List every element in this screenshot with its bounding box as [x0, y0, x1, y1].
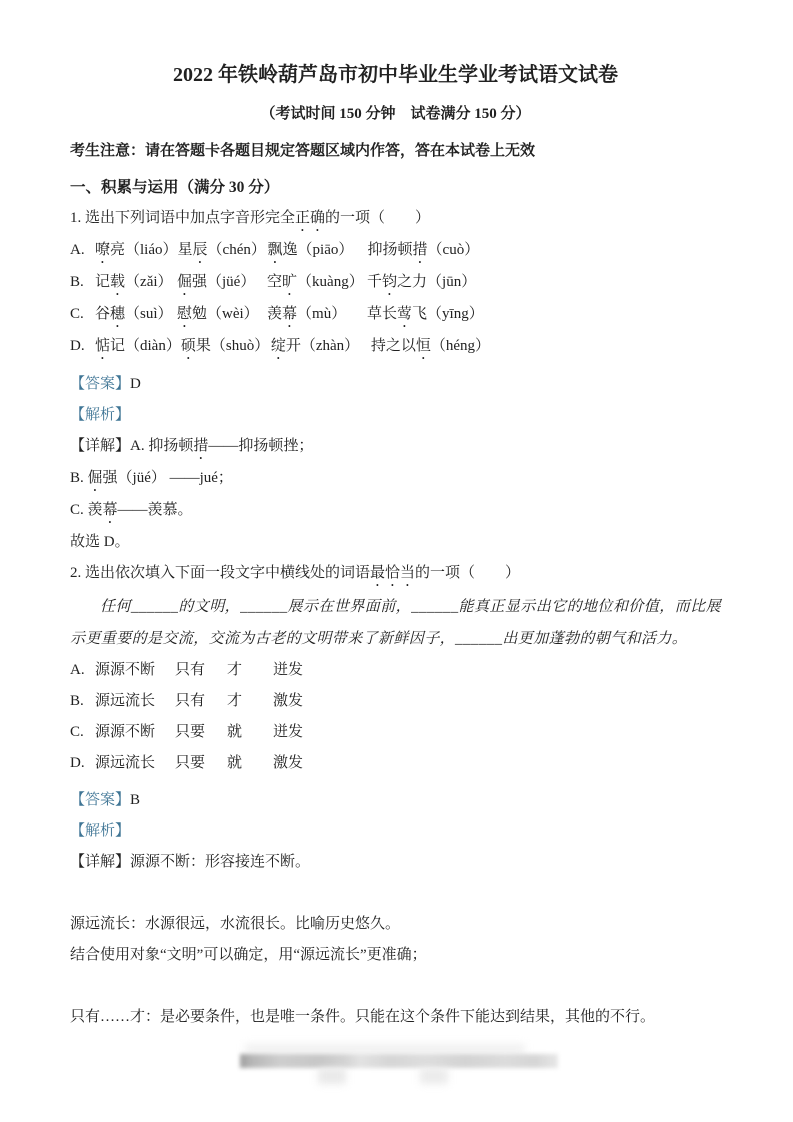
q1-answer-letter: D [130, 376, 141, 392]
option-word: 慰勉（wèi） [177, 299, 267, 331]
text-segment: （cuò） [428, 242, 480, 258]
emphasized-char: 惦 [95, 338, 110, 354]
emphasized-char: 辰 [193, 242, 208, 258]
option-word: 记载（zǎi） [95, 267, 177, 299]
option-word: 源源不断 [95, 717, 175, 748]
q2-options: A.源源不断只有才迸发B.源远流长只有才激发C.源源不断只要就迸发D.源远流长只… [70, 655, 721, 779]
text-segment: 飞（yīng） [412, 306, 484, 322]
option-word: 嘹亮（liáo） [95, 235, 178, 267]
exam-time-score-info: （考试时间 150 分钟 试卷满分 150 分） [70, 102, 721, 126]
answer-tag: 【答案】 [70, 376, 130, 392]
text-segment: 草长 [367, 306, 397, 322]
text-segment: 源远流长：水源很远，水流很长。比喻历史悠久。 [70, 916, 400, 932]
text-segment: 2. 选出依次填入下面一段文字中横线处的词语 [70, 565, 370, 581]
option-word: 空旷（kuàng） [267, 267, 367, 299]
q2-answer-line: 【答案】B [70, 785, 721, 816]
section-heading: 一、积累与运用（满分 30 分） [70, 172, 721, 203]
text-segment: 强（jüé） ——jué； [103, 470, 233, 486]
explanation-line: 【详解】A. 抑扬顿措——抑扬顿挫； [70, 431, 721, 463]
option-label: B. [70, 686, 95, 717]
option-word: 只要 [175, 717, 227, 748]
text-segment: C. 羡 [70, 502, 103, 518]
text-segment: （suì） [125, 306, 173, 322]
option-label: A. [70, 655, 95, 686]
text-segment: （zǎi） [125, 274, 172, 290]
text-segment: 开（zhàn） [286, 338, 359, 354]
q1-answer-line: 【答案】D [70, 369, 721, 400]
text-segment: 1. 选出下列词语中加点字音形完全 [70, 210, 295, 226]
option-word: 迸发 [273, 717, 303, 748]
explanation-line: 源远流长：水源很远，水流很长。比喻历史悠久。 [70, 909, 721, 940]
option-label: C. [70, 717, 95, 748]
emphasized-char: 幕 [282, 306, 297, 322]
option-word: 绽开（zhàn） [271, 331, 371, 363]
explanation-line: 只有……才：是必要条件，也是唯一条件。只能在这个条件下能达到结果，其他的不行。 [70, 1002, 721, 1033]
option-word: 倔强（jüé） [177, 267, 267, 299]
option-word: 惦记（diàn） [95, 331, 181, 363]
option-row: D.惦记（diàn）硕果（shuò）绽开（zhàn）持之以恒（héng） [70, 331, 721, 363]
text-segment: 记 [95, 274, 110, 290]
emphasized-char: 载 [110, 274, 125, 290]
option-word: 才 [227, 655, 273, 686]
option-word: 飘逸（piāo） [268, 235, 368, 267]
option-word: 激发 [273, 748, 303, 779]
emphasized-char: 措 [413, 242, 428, 258]
emphasized-char: 倔 [177, 274, 192, 290]
text-segment: 果（shuò） [196, 338, 269, 354]
emphasized-char: 钧 [382, 274, 397, 290]
option-word: 只有 [175, 655, 227, 686]
text-segment: 的一项（ ） [415, 565, 520, 581]
text-segment: 【详解】源源不断：形容接连不断。 [70, 854, 310, 870]
option-word: 激发 [273, 686, 303, 717]
q1-analysis-line: 【解析】 [70, 400, 721, 431]
text-segment: 故选 D。 [70, 534, 130, 550]
page-title: 2022 年铁岭葫芦岛市初中毕业生学业考试语文试卷 [70, 60, 721, 90]
text-segment: 抑扬顿 [368, 242, 413, 258]
explanation-line: 【详解】源源不断：形容接连不断。 [70, 847, 721, 878]
text-segment: 强（jüé） [192, 274, 255, 290]
option-row: D.源远流长只要就激发 [70, 748, 721, 779]
emphasized-char: 绽 [271, 338, 286, 354]
option-row: B.源远流长只有才激发 [70, 686, 721, 717]
question-1-block: 1. 选出下列词语中加点字音形完全正确的一项（ ） A.嘹亮（liáo）星辰（c… [70, 203, 721, 558]
q2-stem: 2. 选出依次填入下面一段文字中横线处的词语最恰当的一项（ ） [70, 558, 721, 590]
text-segment: 谷 [95, 306, 110, 322]
option-word: 星辰（chén） [178, 235, 268, 267]
option-word: 只要 [175, 748, 227, 779]
emphasized-char: 穗 [110, 306, 125, 322]
option-word: 硕果（shuò） [181, 331, 271, 363]
option-word: 只有 [175, 686, 227, 717]
text-segment: （chén） [208, 242, 266, 258]
option-word: 源远流长 [95, 748, 175, 779]
option-word: 谷穗（suì） [95, 299, 177, 331]
text-segment: 之力（jūn） [397, 274, 476, 290]
option-word: 就 [227, 717, 273, 748]
option-word: 源远流长 [95, 686, 175, 717]
analysis-tag: 【解析】 [70, 823, 130, 839]
emphasized-char: 恒 [416, 338, 431, 354]
option-row: C.谷穗（suì）慰勉（wèi）羡幕（mù）草长莺飞（yīng） [70, 299, 721, 331]
explanation-line: C. 羡幕——羡慕。 [70, 495, 721, 527]
explanation-line: B. 倔强（jüé） ——jué； [70, 463, 721, 495]
text-segment: 【详解】A. 抑扬顿 [70, 438, 193, 454]
option-word: 抑扬顿措（cuò） [368, 235, 480, 267]
text-segment: ——羡慕。 [118, 502, 193, 518]
emphasized-char: 慰 [177, 306, 192, 322]
explanation-line: 故选 D。 [70, 527, 721, 558]
emphasized-char: 旷 [282, 274, 297, 290]
emphasized-char: 嘹 [95, 242, 110, 258]
explanation-line: 结合使用对象“文明”可以确定，用“源远流长”更准确； [70, 940, 721, 971]
text-segment: 逸（piāo） [283, 242, 354, 258]
text-segment: 千 [367, 274, 382, 290]
watermark [245, 1044, 525, 1054]
q2-answer-letter: B [130, 792, 140, 808]
analysis-tag: 【解析】 [70, 407, 130, 423]
q1-stem: 1. 选出下列词语中加点字音形完全正确的一项（ ） [70, 203, 721, 235]
option-label: D. [70, 331, 95, 362]
option-row: B.记载（zǎi）倔强（jüé）空旷（kuàng）千钧之力（jūn） [70, 267, 721, 299]
emphasized-char: 最恰当 [370, 565, 415, 581]
candidate-notice: 考生注意：请在答题卡各题目规定答题区域内作答，答在本试卷上无效 [70, 138, 721, 164]
text-segment: 结合使用对象“文明”可以确定，用“源远流长”更准确； [70, 947, 427, 963]
emphasized-char: 正确 [295, 210, 325, 226]
text-segment: 亮（liáo） [110, 242, 178, 258]
option-row: A.嘹亮（liáo）星辰（chén）飘逸（piāo）抑扬顿措（cuò） [70, 235, 721, 267]
emphasized-char: 硕 [181, 338, 196, 354]
emphasized-char: 措 [193, 438, 208, 454]
option-label: A. [70, 235, 95, 266]
option-label: D. [70, 748, 95, 779]
option-word: 就 [227, 748, 273, 779]
text-segment: 空 [267, 274, 282, 290]
option-label: B. [70, 267, 95, 298]
option-word: 草长莺飞（yīng） [367, 299, 484, 331]
q2-explanation: 【详解】源源不断：形容接连不断。源远流长：水源很远，水流很长。比喻历史悠久。结合… [70, 847, 721, 1033]
text-segment: 的一项（ ） [325, 210, 430, 226]
emphasized-char: 倔 [88, 470, 103, 486]
text-segment: （mù） [297, 306, 346, 322]
q1-explanation: 【详解】A. 抑扬顿措——抑扬顿挫；B. 倔强（jüé） ——jué；C. 羡幕… [70, 431, 721, 558]
exam-paper-page: 2022 年铁岭葫芦岛市初中毕业生学业考试语文试卷 （考试时间 150 分钟 试… [0, 0, 793, 1033]
text-segment: 只有……才：是必要条件，也是唯一条件。只能在这个条件下能达到结果，其他的不行。 [70, 1009, 655, 1025]
option-word: 千钧之力（jūn） [367, 267, 476, 299]
text-segment: （kuàng） [297, 274, 364, 290]
watermark [240, 1054, 558, 1068]
text-segment: 记（diàn） [110, 338, 181, 354]
q2-analysis-line: 【解析】 [70, 816, 721, 847]
emphasized-char: 莺 [397, 306, 412, 322]
q1-options: A.嘹亮（liáo）星辰（chén）飘逸（piāo）抑扬顿措（cuò）B.记载（… [70, 235, 721, 363]
text-segment: ——抑扬顿挫； [208, 438, 313, 454]
option-word: 迸发 [273, 655, 303, 686]
option-word: 源源不断 [95, 655, 175, 686]
answer-tag: 【答案】 [70, 792, 130, 808]
emphasized-char: 幕 [103, 502, 118, 518]
watermark [318, 1068, 346, 1084]
text-segment: 羡 [267, 306, 282, 322]
option-word: 持之以恒（héng） [371, 331, 490, 363]
q2-passage: 任何______的文明，______展示在世界面前，______能真正显示出它的… [70, 592, 721, 655]
text-segment: 星 [178, 242, 193, 258]
text-segment: 持之以 [371, 338, 416, 354]
emphasized-char: 飘 [268, 242, 283, 258]
text-segment: （héng） [431, 338, 490, 354]
option-row: C.源源不断只要就迸发 [70, 717, 721, 748]
option-word: 羡幕（mù） [267, 299, 367, 331]
option-word: 才 [227, 686, 273, 717]
question-2-block: 2. 选出依次填入下面一段文字中横线处的词语最恰当的一项（ ） 任何______… [70, 558, 721, 1033]
text-segment: 勉（wèi） [192, 306, 259, 322]
option-label: C. [70, 299, 95, 330]
option-row: A.源源不断只有才迸发 [70, 655, 721, 686]
text-segment: B. [70, 470, 88, 486]
watermark [420, 1068, 448, 1084]
